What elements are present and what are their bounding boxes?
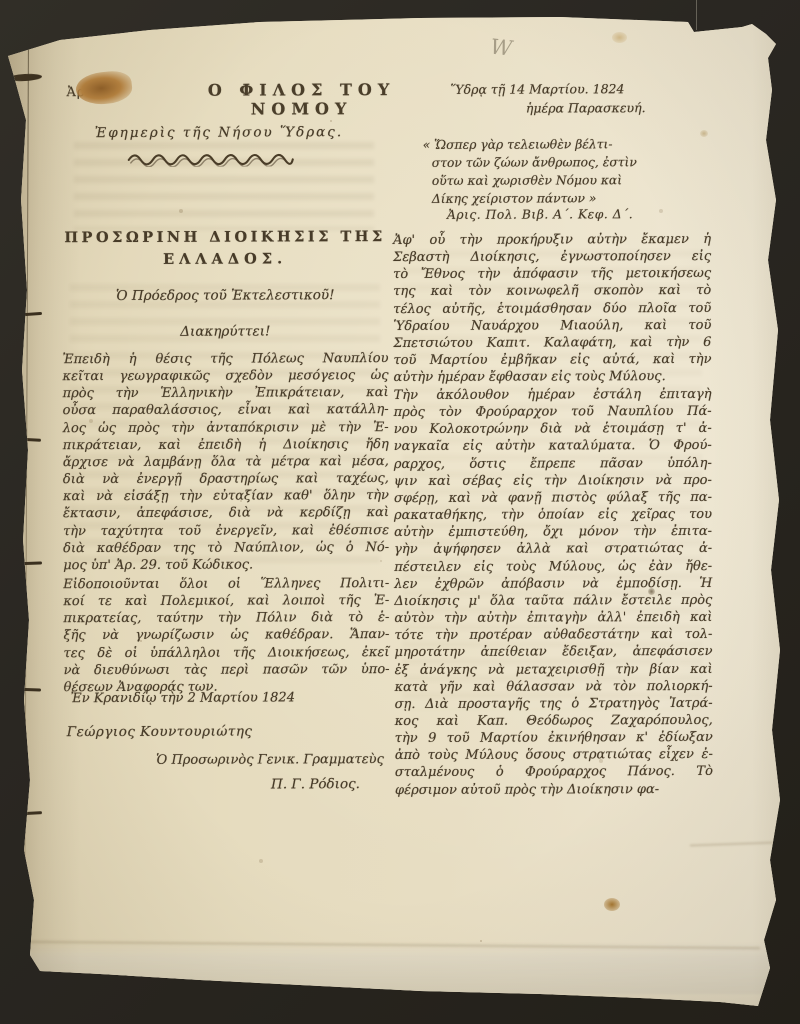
signature-president: Γεώργιος Κουντουριώτης bbox=[67, 724, 253, 741]
newspaper-subtitle: Ἐφημερὶς τῆς Νήσου Ὕδρας. bbox=[95, 124, 343, 141]
proclamation-word: Διακηρύττει! bbox=[62, 323, 388, 340]
text-line: σταλμένους ὁ Φρούραρχος Πάνος. Τὸ bbox=[395, 763, 713, 781]
text-line: πικράτειαν, καὶ ἐπειδὴ ἡ Διοίκησις ἤδη bbox=[63, 436, 389, 454]
text-line: πικρατείας, ταύτην τὴν Πόλιν διὰ τὸ ἑ- bbox=[63, 609, 389, 627]
text-line: « Ὥσπερ γὰρ τελειωθὲν βέλτι- bbox=[423, 135, 658, 154]
text-line: ναγκαῖα εἰς αὐτὴν καταλύματα. Ὁ Φρού- bbox=[394, 437, 712, 455]
newspaper-page: W Ἀρ. 2. Ο ΦΙΛΟΣ ΤΟΥ ΝΟΜΟΥ Ὕδρᾳ τῇ 14 Μα… bbox=[0, 0, 800, 1024]
text-line: Ἀφ' οὗ τὴν προκήρυξιν αὐτὴν ἔκαμεν ἡ bbox=[393, 231, 711, 249]
printed-content: W Ἀρ. 2. Ο ΦΙΛΟΣ ΤΟΥ ΝΟΜΟΥ Ὕδρᾳ τῇ 14 Μα… bbox=[0, 0, 800, 1024]
text-line: τες δὲ οἱ ὑπάλληλοι τῆς Διοικήσεως, ἐκεῖ bbox=[63, 644, 389, 662]
text-line: γὴν ἀψήφησεν ἀλλὰ καὶ στρατιώτας ἀ- bbox=[394, 540, 712, 558]
text-line: σῃ. Διὰ προσταγῆς της ὁ Στρατηγὸς Ἰατρά- bbox=[395, 695, 713, 713]
text-line: Τὴν ἀκόλουθον ἡμέραν ἐστάλη ἐπιταγὴ bbox=[394, 386, 712, 404]
dateline-place-date: Ὕδρᾳ τῇ 14 Μαρτίου. 1824 bbox=[450, 81, 650, 97]
text-line: τὴν 9 τοῦ Μαρτίου ἐκινήθησαν κ' ἐδίωξαν bbox=[395, 729, 713, 747]
text-line: σφέρῃ, καὶ νὰ φανῇ πιστὸς φύλαξ τῆς πα- bbox=[394, 489, 712, 507]
left-column-heading: ΠΡΟΣΩΡΙΝΗ ΔΙΟΙΚΗΣΙΣ ΤΗΣ bbox=[62, 228, 388, 246]
text-line: λεν ἐχθρῶν ἀπόβασιν νὰ ἐμποδίσῃ. Ἡ bbox=[394, 575, 712, 593]
text-line: πέστειλεν εἰς τοὺς Μύλους, ὡς ἐὰν ἤθε- bbox=[394, 557, 712, 575]
paper-speckles bbox=[0, 0, 2, 2]
left-column-paragraph-2: Εἰδοποιοῦνται ὅλοι οἱ Ἕλληνες Πολιτι-κοί… bbox=[63, 575, 389, 696]
pencil-mark: W bbox=[489, 35, 513, 61]
text-line: αὐτὸν τὴν αὐτὴν ἐπιταγὴν ἀλλ' ἐπειδὴ καὶ bbox=[394, 609, 712, 627]
text-line: μηροτάτην ἀπείθειαν ἔδειξαν, ἀπεφάσισεν bbox=[394, 643, 712, 661]
text-line: της καὶ τὸν κοινωφελῆ σκοπὸν καὶ τὸ bbox=[393, 282, 711, 300]
left-column-subheading: Ὁ Πρόεδρος τοῦ Ἐκτελεστικοῦ! bbox=[62, 287, 388, 304]
text-line: στον τῶν ζώων ἄνθρωπος, ἐστὶν bbox=[423, 153, 658, 172]
left-column-heading: ΕΛΛΑΔΟΣ. bbox=[62, 250, 388, 268]
issue-number: Ἀρ. 2. bbox=[67, 85, 111, 100]
text-line: τέλος αὐτῆς, ἑτοιμάσθησαν δύο πλοῖα τοῦ bbox=[393, 300, 711, 318]
epigraph-quote: « Ὥσπερ γὰρ τελειωθὲν βέλτι-στον τῶν ζώω… bbox=[423, 135, 658, 208]
text-line: αὐτὴν ἐμπιστεύθη, ὄχι μόνον τὴν ἐπιτα- bbox=[394, 523, 712, 541]
dateline-weekday: ἡμέρα Παρασκευή. bbox=[451, 100, 646, 116]
text-line: αὐτὴν ἡμέραν ἔφθασαν εἰς τοὺς Μύλους. bbox=[394, 368, 712, 386]
text-line: Ὑδραίου Ναυάρχου Μιαούλη, καὶ τοῦ bbox=[393, 317, 711, 335]
left-column-paragraph-1: Ἐπειδὴ ἡ θέσις τῆς Πόλεως Ναυπλίουκεῖται… bbox=[62, 350, 389, 574]
text-line: ἔκτασιν, ἀπεφάσισε, διὰ νὰ κερδίζῃ καὶ bbox=[63, 504, 389, 522]
right-column-paragraph-1: Ἀφ' οὗ τὴν προκήρυξιν αὐτὴν ἔκαμεν ἡΣεβα… bbox=[393, 231, 712, 387]
text-line: καὶ νὰ εἰσάξῃ τὴν εὐταξίαν καθ' ὅλην τὴν bbox=[63, 487, 389, 505]
text-line: διὰ καθέδραν της τὸ Ναύπλιον, ὡς ὁ Νό- bbox=[63, 539, 389, 557]
text-line: πρὸς τὴν Ἑλληνικὴν Ἐπικράτειαν, καὶ bbox=[63, 384, 389, 402]
text-line: λος ὡς πρὸς τὴν ἀνταπόκρισιν μὲ τὴν Ἐ- bbox=[63, 419, 389, 437]
right-column-paragraph-2: Τὴν ἀκόλουθον ἡμέραν ἐστάλη ἐπιταγὴπρὸς … bbox=[394, 386, 713, 799]
secretary-title: Ὁ Προσωρινὸς Γενικ. Γραμματεὺς bbox=[64, 752, 384, 768]
text-line: ρακαταθήκης, τὴν ὁποίαν εἰς χεῖρας του bbox=[394, 506, 712, 524]
text-line: Σεβαστὴ Διοίκησις, ἐγνωστοποίησεν εἰς bbox=[393, 248, 711, 266]
masthead-title: Ο ΦΙΛΟΣ ΤΟΥ ΝΟΜΟΥ bbox=[156, 80, 446, 119]
text-line: νὰ διευθύνωσι τὰς περὶ πασῶν τῶν ὑπο- bbox=[64, 661, 390, 679]
text-line: τότε τὴν προτέραν αὐθαδεστάτην καὶ τολ- bbox=[394, 626, 712, 644]
ornament-squiggle bbox=[127, 150, 295, 167]
binding-hole bbox=[12, 882, 29, 908]
text-line: ἀπὸ τοὺς Μύλους ὅσους στρατιώτας εἶχεν ἐ… bbox=[395, 746, 713, 764]
text-line: ξῆς νὰ γνωρίζωσιν ὡς καθέδραν. Ἅπαν- bbox=[63, 627, 389, 645]
scan-background: W Ἀρ. 2. Ο ΦΙΛΟΣ ΤΟΥ ΝΟΜΟΥ Ὕδρᾳ τῇ 14 Μα… bbox=[0, 0, 800, 1024]
text-line: φέρσιμον αὐτοῦ πρὸς τὴν Διοίκησιν φα- bbox=[395, 781, 713, 799]
place-and-date-line: Ἐν Κρανιδίῳ τὴν 2 Μαρτίου 1824 bbox=[71, 690, 295, 706]
text-line: Σπετσιώτου Καπιτ. Καλαφάτη, καὶ τὴν 6 bbox=[393, 334, 711, 352]
text-line: οὖσα παραθαλάσσιος, εἶναι καὶ κατάλλη- bbox=[63, 402, 389, 420]
loose-thread bbox=[696, 0, 697, 30]
text-line: τὸ Ἔθνος τὴν ἀπόφασιν τῆς μετοικήσεως bbox=[393, 265, 711, 283]
text-line: οὕτω καὶ χωρισθὲν Νόμου καὶ bbox=[423, 171, 658, 190]
text-line: τὴν ταχύτητα τοῦ ἐνεργεῖν, καὶ ἐθέσπισε bbox=[63, 522, 389, 540]
text-line: ἄρχισε νὰ λαμβάνῃ ὅλα τὰ μέτρα καὶ μέσα, bbox=[63, 453, 389, 471]
text-line: κος καὶ Καπ. Θεόδωρος Ζαχαρόπουλος, bbox=[395, 712, 713, 730]
text-line: ραρχος, ὅστις ἔπρεπε πᾶσαν ὑπόλη- bbox=[394, 455, 712, 473]
text-line: μος ὑπ' Ἀρ. 29. τοῦ Κώδικος. bbox=[63, 556, 389, 574]
secretary-signature: Π. Γ. Ρόδιος. bbox=[64, 776, 360, 793]
text-line: κεῖται γεωγραφικῶς σχεδὸν μεσόγειος ὡς bbox=[62, 367, 388, 385]
text-line: διὰ νὰ ἐνεργῇ δραστηρίως καὶ ταχέως, bbox=[63, 470, 389, 488]
text-line: Διοίκησις μ' ὅλα ταῦτα πάλιν ἔστειλε πρὸ… bbox=[394, 592, 712, 610]
text-line: Δίκης χείριστον πάντων » bbox=[423, 189, 658, 208]
epigraph-attribution: Ἀρις. Πολ. Βιβ. Α΄. Κεφ. Δ΄. bbox=[447, 207, 633, 222]
text-line: νου Κολοκοτρώνην διὰ νὰ ἑτοιμάσῃ τ' ἀ- bbox=[394, 420, 712, 438]
text-line: Ἐπειδὴ ἡ θέσις τῆς Πόλεως Ναυπλίου bbox=[62, 350, 388, 368]
text-line: κοί τε καὶ Πολεμικοί, καὶ λοιποὶ τῆς Ἐ- bbox=[63, 592, 389, 610]
text-line: Εἰδοποιοῦνται ὅλοι οἱ Ἕλληνες Πολιτι- bbox=[63, 575, 389, 593]
text-line: κατὰ γῆν καὶ θάλασσαν νὰ τὸν πολιορκή- bbox=[395, 678, 713, 696]
text-line: τοῦ Μαρτίου ἐμβῆκαν εἰς αὐτά, καὶ τὴν bbox=[393, 351, 711, 369]
text-line: πρὸς τὸν Φρούραρχον τοῦ Ναυπλίου Πά- bbox=[394, 403, 712, 421]
text-line: ψιν καὶ σέβας εἰς τὴν Διοίκησιν νὰ προ- bbox=[394, 472, 712, 490]
text-line: ἐξ ἀνάγκης νὰ μεταχειρισθῇ τὴν βίαν καὶ bbox=[395, 660, 713, 678]
